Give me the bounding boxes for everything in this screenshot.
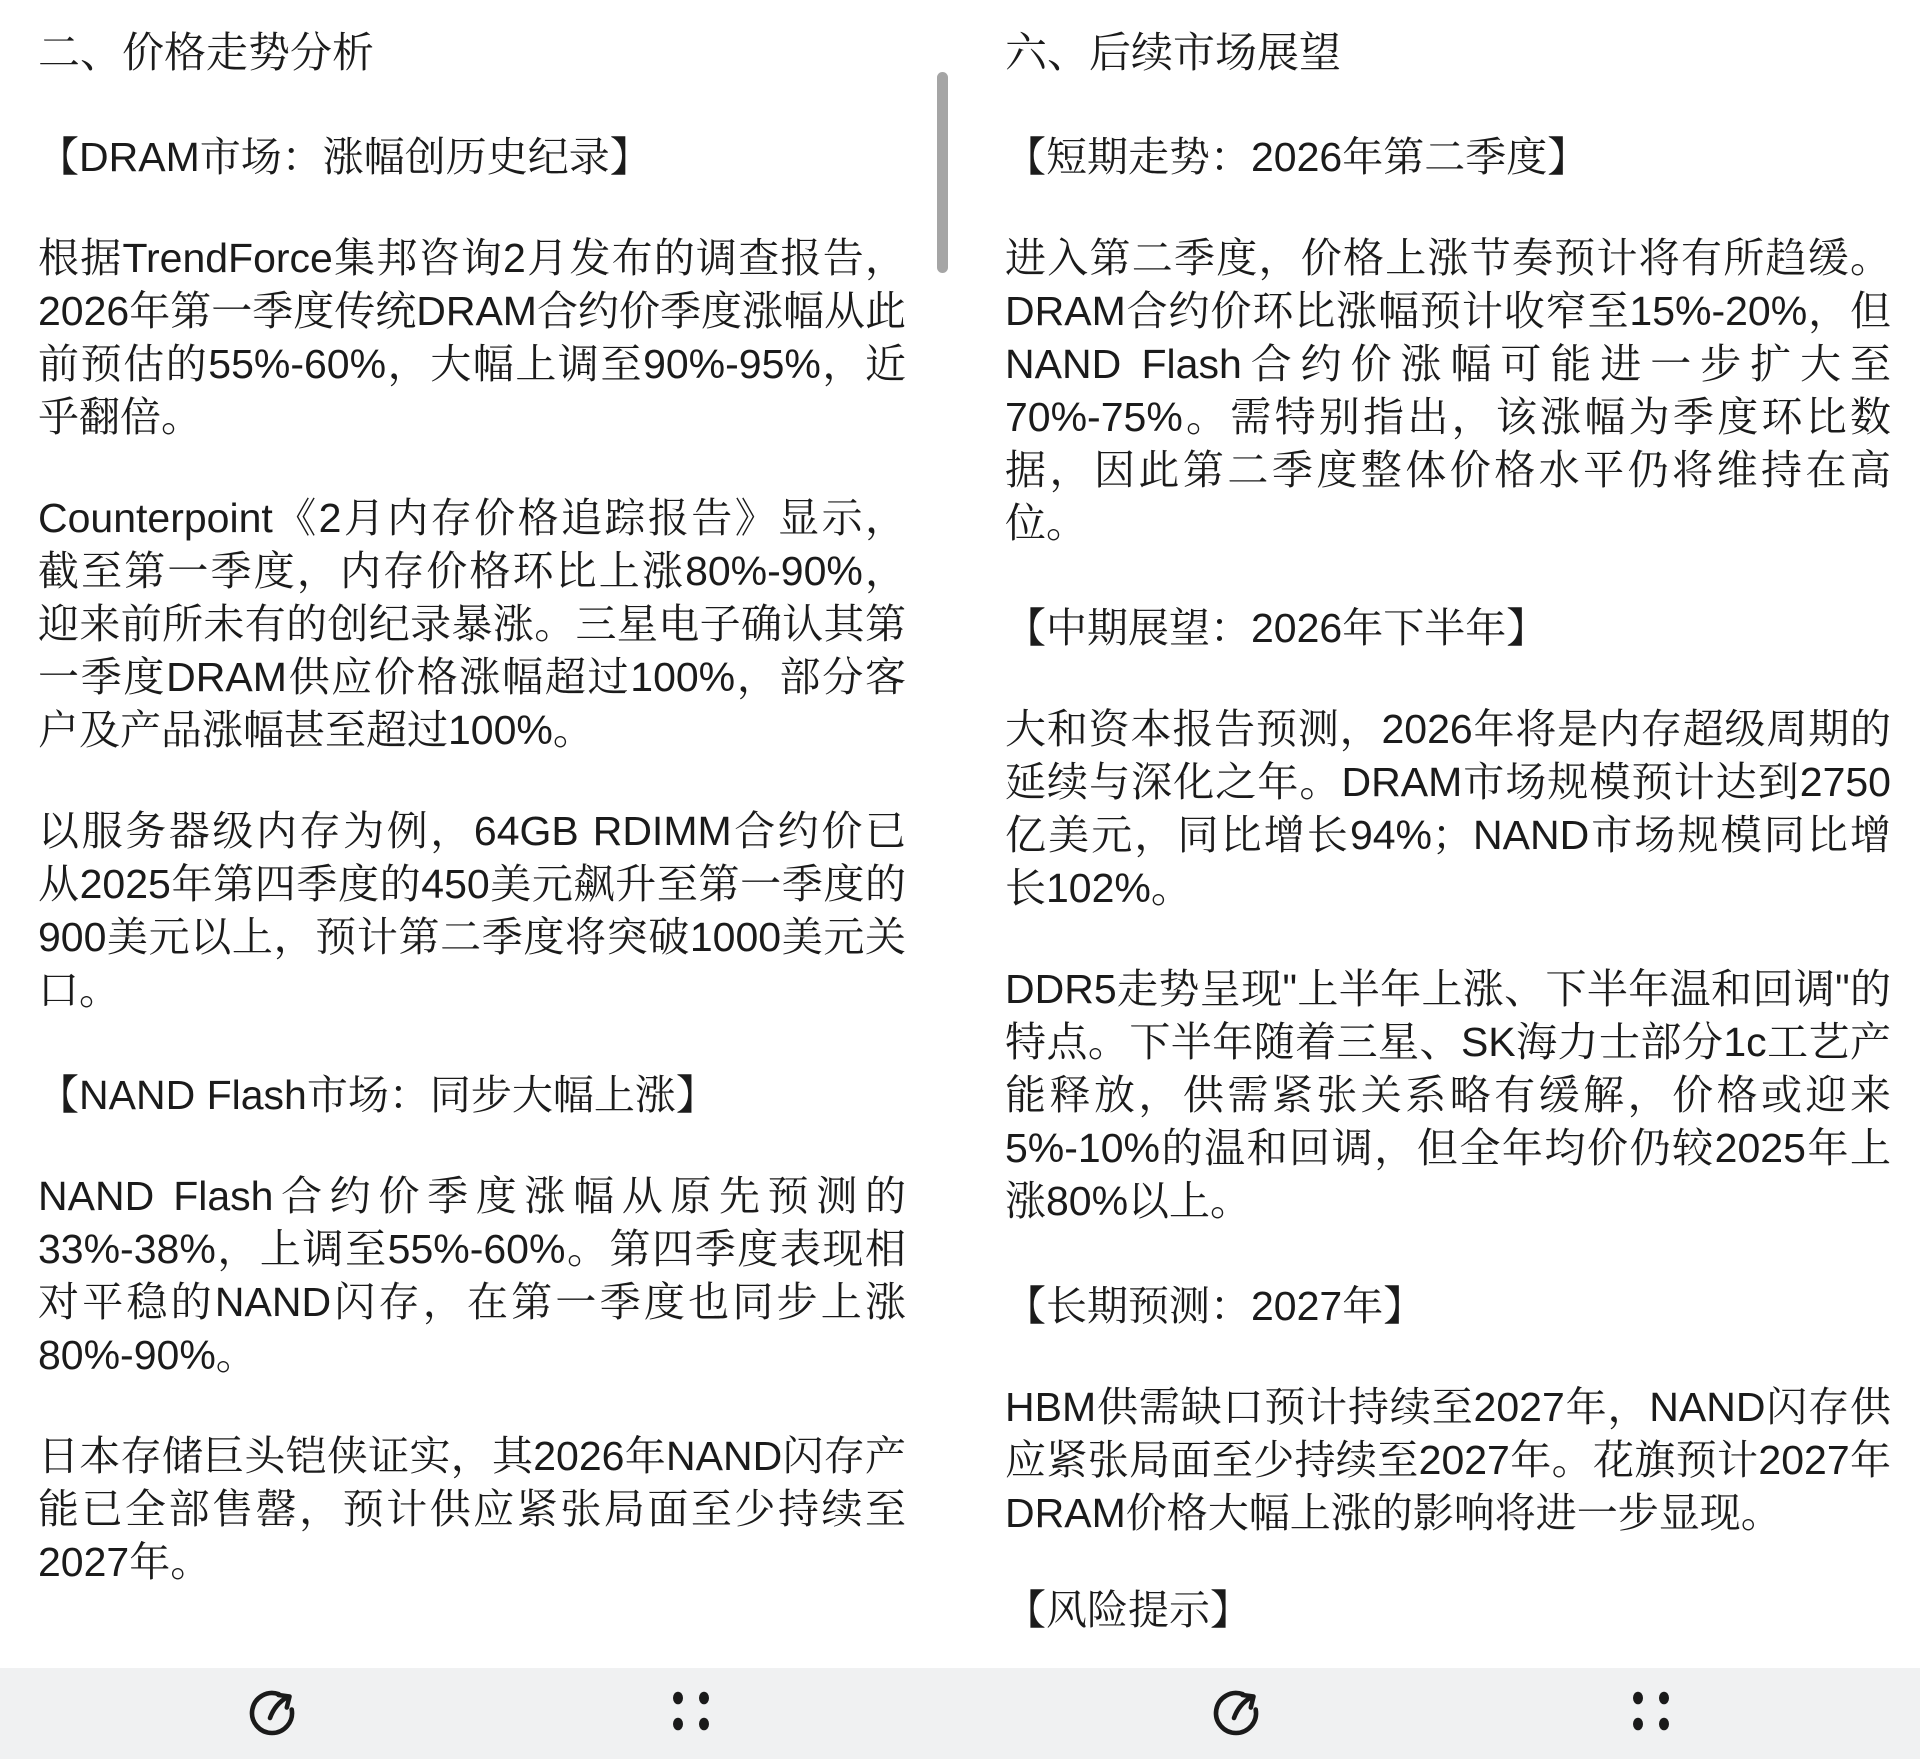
right-page[interactable]: 六、后续市场展望 【短期走势：2026年第二季度】 进入第二季度，价格上涨节奏预… <box>1005 0 1891 1759</box>
menu-dots-button-left[interactable] <box>663 1682 721 1740</box>
section-title-nand: 【NAND Flash市场：同步大幅上涨】 <box>38 1069 906 1122</box>
section-title-mid-term: 【中期展望：2026年下半年】 <box>1005 602 1891 655</box>
refresh-button-left[interactable] <box>246 1682 304 1740</box>
paragraph: 大和资本报告预测，2026年将是内存超级周期的延续与深化之年。DRAM市场规模预… <box>1005 703 1891 915</box>
scrollbar-thumb[interactable] <box>937 72 948 273</box>
paragraph: Counterpoint《2月内存价格追踪报告》显示，截至第一季度，内存价格环比… <box>38 492 906 757</box>
section-title-dram: 【DRAM市场：涨幅创历史纪录】 <box>38 131 906 184</box>
bottom-toolbar <box>0 1668 1920 1759</box>
grid-dots-icon <box>1625 1685 1677 1737</box>
refresh-button-right[interactable] <box>1210 1682 1268 1740</box>
paragraph: 日本存储巨头铠侠证实，其2026年NAND闪存产能已全部售罄，预计供应紧张局面至… <box>38 1430 906 1589</box>
left-page[interactable]: 二、价格走势分析 【DRAM市场：涨幅创历史纪录】 根据TrendForce集邦… <box>38 0 906 1759</box>
paragraph: 进入第二季度，价格上涨节奏预计将有所趋缓。DRAM合约价环比涨幅预计收窄至15%… <box>1005 232 1891 550</box>
section-title-short-term: 【短期走势：2026年第二季度】 <box>1005 131 1891 184</box>
refresh-icon <box>248 1685 300 1737</box>
paragraph: 根据TrendForce集邦咨询2月发布的调查报告，2026年第一季度传统DRA… <box>38 232 906 444</box>
grid-dots-icon <box>665 1685 717 1737</box>
refresh-icon <box>1212 1685 1264 1737</box>
section-title-long-term: 【长期预测：2027年】 <box>1005 1280 1891 1333</box>
section-title-risk-clipped: 【风险提示】 <box>1005 1584 1891 1637</box>
menu-dots-button-right[interactable] <box>1623 1682 1681 1740</box>
paragraph: DDR5走势呈现"上半年上涨、下半年温和回调"的特点。下半年随着三星、SK海力士… <box>1005 963 1891 1228</box>
paragraph: HBM供需缺口预计持续至2027年，NAND闪存供应紧张局面至少持续至2027年… <box>1005 1381 1891 1540</box>
paragraph: NAND Flash合约价季度涨幅从原先预测的33%-38%，上调至55%-60… <box>38 1170 906 1382</box>
left-page-heading: 二、价格走势分析 <box>38 26 906 79</box>
paragraph: 以服务器级内存为例，64GB RDIMM合约价已从2025年第四季度的450美元… <box>38 805 906 1017</box>
right-page-heading: 六、后续市场展望 <box>1005 26 1891 79</box>
